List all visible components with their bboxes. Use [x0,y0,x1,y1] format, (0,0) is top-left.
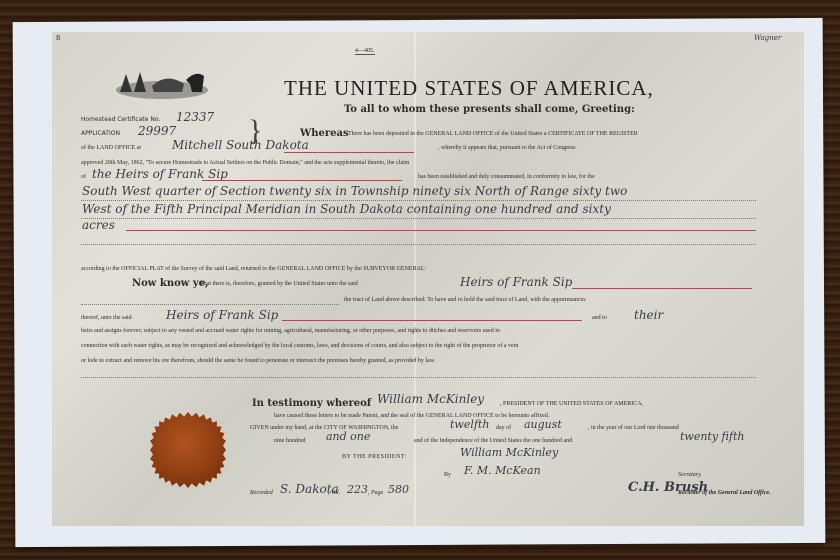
land-description-line-3: acres [82,218,115,232]
secretary-signature: F. M. McKean [464,464,541,477]
land-office-value: Mitchell South Dakota [172,138,309,152]
land-description-line-2: West of the Fifth Principal Meridian in … [82,202,611,216]
president-signature: William McKinley [460,446,558,459]
greeting: To all to whom these presents shall come… [344,104,635,115]
homestead-certificate: R Wagner 4—405. THE UNITED STATES OF AME… [52,32,804,526]
independence-value: twenty fifth [680,430,744,443]
thereof-label: thereof, unto the said [81,315,132,321]
and-to-label: and to [592,315,607,321]
plat-text: according to the OFFICIAL PLAT of the Su… [81,266,426,272]
secretary-label: Secretary. [678,472,702,478]
given-day: twelfth [450,418,489,431]
now-know-ye: Now know ye, [132,278,209,289]
vol-value: 223 [347,483,368,496]
year-value: and one [326,430,370,443]
whereby-text: , whereby it appears that, pursuant to t… [438,145,576,151]
tract-text: the tract of Land above described: To ha… [344,297,586,303]
president-title: , PRESIDENT OF THE UNITED STATES OF AMER… [500,401,643,407]
form-number: 4—405. [355,48,375,55]
independence-text: and of the Independence of the United St… [414,438,572,444]
president-name: William McKinley [377,392,484,406]
their-value: their [634,308,663,322]
corner-mark: R [56,34,61,42]
application-number: 29997 [138,124,176,138]
granted-text: That there is, therefore, granted by the… [200,281,358,287]
claimant-name: the Heirs of Frank Sip [92,167,228,181]
rights-line-1: heirs and assigns forever; subject to an… [81,328,500,334]
given-month: august [524,418,562,431]
testimony-i: I, [364,401,368,407]
recorder-label: Recorder of the General Land Office. [678,490,771,496]
patent-text: have caused these letters to be made Pat… [274,413,549,419]
consummated-text: has been established and duly consummate… [418,174,595,180]
land-office-label: of the LAND OFFICE at [81,145,141,151]
grantee-name: Heirs of Frank Sip [460,275,572,289]
by-label: By [444,472,451,478]
nine-hundred-label: nine hundred [274,438,306,444]
document-title: THE UNITED STATES OF AMERICA, [284,76,654,101]
day-of-label: day of [496,425,511,431]
land-description-line-1: South West quarter of Section twenty six… [82,184,627,198]
vol-label: , Vol. [328,490,340,496]
certificate-number: 12337 [176,110,214,124]
certificate-label: Homestead Certificate No. [81,116,160,123]
rights-line-2: connection with such water rights, as ma… [81,343,518,349]
rights-line-3: or lode to extract and remove his ore th… [81,358,435,364]
application-label: APPLICATION [81,130,120,137]
act-text: approved 20th May, 1862, "To secure Home… [81,160,409,166]
recorded-label: Recorded [250,490,273,496]
by-president-label: BY THE PRESIDENT: [342,454,407,460]
top-right-note: Wagner [754,34,781,42]
given-label: GIVEN under my hand, at the CITY OF WASH… [250,425,398,431]
year-text: , in the year of our Lord one thousand [588,425,679,431]
farm-vignette-icon [112,62,212,102]
page-label: , Page [368,490,383,496]
red-wax-seal-icon [150,412,226,488]
whereas-text: There has been deposited in the GENERAL … [348,131,638,137]
claim-of-label: of [81,174,86,180]
testimony-label: In testimony whereof [252,398,371,409]
page-value: 580 [388,483,409,496]
grantee-name-2: Heirs of Frank Sip [166,308,278,322]
